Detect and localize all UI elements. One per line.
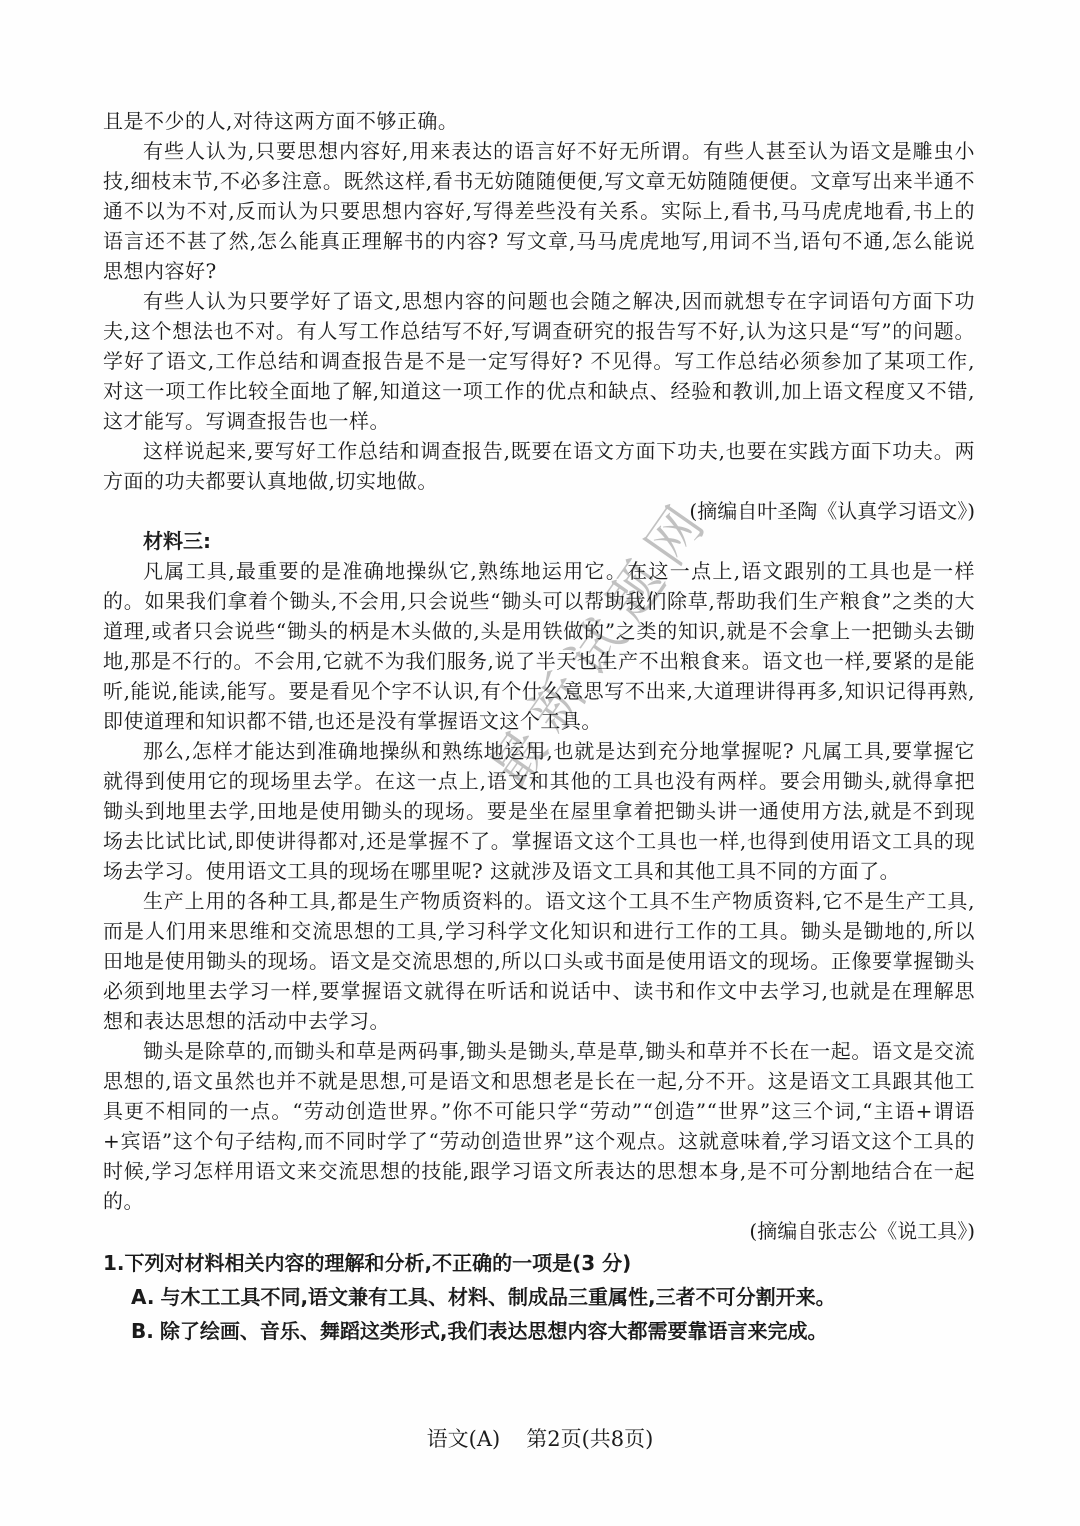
material2-paragraph-1: 有些人认为,只要思想内容好,用来表达的语言好不好无所谓。有些人甚至认为语文是雕虫… — [103, 136, 975, 286]
option-b-label: B. — [131, 1319, 154, 1343]
material2-source-attribution: (摘编自叶圣陶《认真学习语文》) — [103, 496, 975, 526]
material3-paragraph-3: 生产上用的各种工具,都是生产物质资料的。语文这个工具不生产物质资料,它不是生产工… — [103, 886, 975, 1036]
footer-course-label: 语文(A) — [427, 1427, 501, 1451]
question-1: 1.下列对材料相关内容的理解和分析,不正确的一项是(3 分) A.与木工工具不同… — [103, 1246, 975, 1348]
material3-paragraph-1: 凡属工具,最重要的是准确地操纵它,熟练地运用它。在这一点上,语文跟别的工具也是一… — [103, 556, 975, 736]
material3-source-attribution: (摘编自张志公《说工具》) — [103, 1216, 975, 1246]
material2-paragraph-2: 有些人认为只要学好了语文,思想内容的问题也会随之解决,因而就想专在字词语句方面下… — [103, 286, 975, 436]
question-1-stem: 1.下列对材料相关内容的理解和分析,不正确的一项是(3 分) — [103, 1246, 975, 1280]
material3-heading: 材料三: — [103, 526, 975, 556]
option-b-text: 除了绘画、音乐、舞蹈这类形式,我们表达思想内容大都需要靠语言来完成。 — [160, 1319, 828, 1343]
exam-page: 最新试题网 且是不少的人,对待这两方面不够正确。 有些人认为,只要思想内容好,用… — [0, 0, 1080, 1526]
continuation-paragraph: 且是不少的人,对待这两方面不够正确。 — [103, 106, 975, 136]
question-1-option-b: B.除了绘画、音乐、舞蹈这类形式,我们表达思想内容大都需要靠语言来完成。 — [103, 1314, 975, 1348]
question-1-option-a: A.与木工工具不同,语文兼有工具、材料、制成品三重属性,三者不可分割开来。 — [103, 1280, 975, 1314]
material3-paragraph-4: 锄头是除草的,而锄头和草是两码事,锄头是锄头,草是草,锄头和草并不长在一起。语文… — [103, 1036, 975, 1216]
material2-paragraph-3: 这样说起来,要写好工作总结和调查报告,既要在语文方面下功夫,也要在实践方面下功夫… — [103, 436, 975, 496]
material3-paragraph-2: 那么,怎样才能达到准确地操纵和熟练地运用,也就是达到充分地掌握呢? 凡属工具,要… — [103, 736, 975, 886]
option-a-text: 与木工工具不同,语文兼有工具、材料、制成品三重属性,三者不可分割开来。 — [160, 1285, 835, 1309]
option-a-label: A. — [131, 1285, 154, 1309]
footer-page-number: 第2页(共8页) — [526, 1427, 653, 1451]
page-footer: 语文(A)第2页(共8页) — [0, 1424, 1080, 1454]
page-content: 且是不少的人,对待这两方面不够正确。 有些人认为,只要思想内容好,用来表达的语言… — [103, 106, 975, 1348]
